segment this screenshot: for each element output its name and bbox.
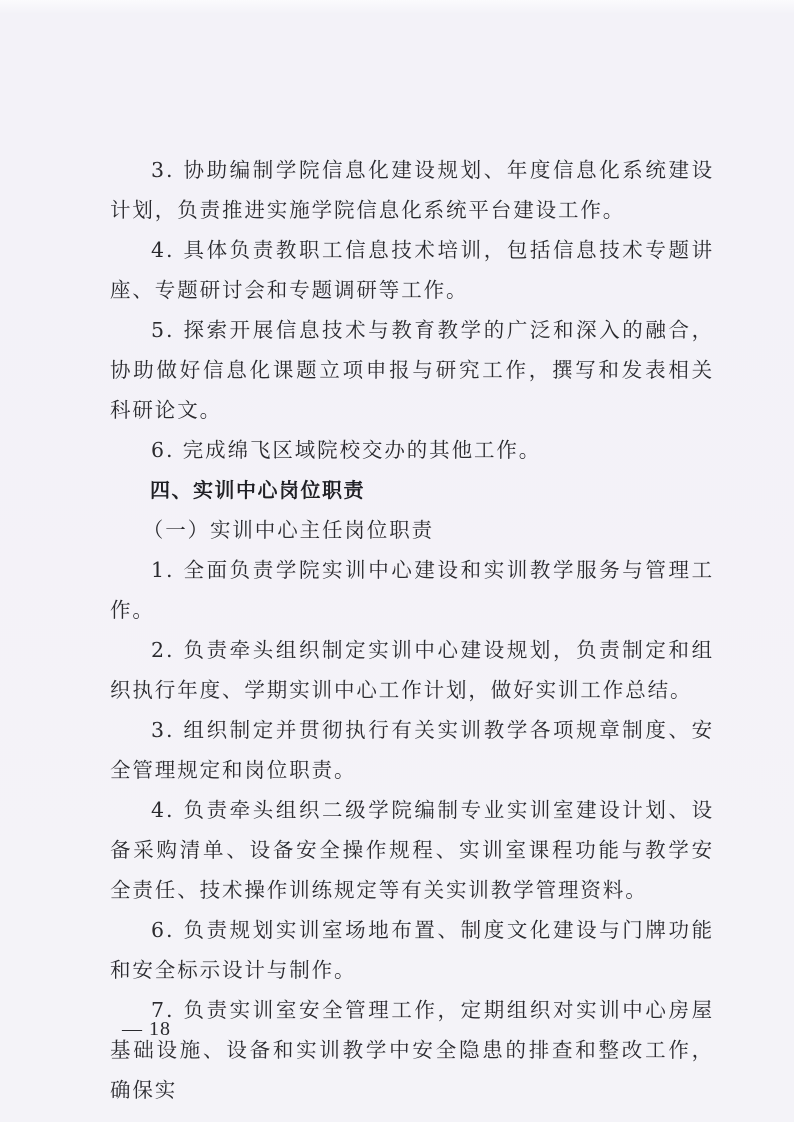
paragraph-item-6-other-work: 6. 完成绵飞区域院校交办的其他工作。 <box>110 430 714 470</box>
paragraph-duty-1: 1. 全面负责学院实训中心建设和实训教学服务与管理工作。 <box>110 550 714 630</box>
paragraph-item-3-it-planning: 3. 协助编制学院信息化建设规划、年度信息化系统建设计划，负责推进实施学院信息化… <box>110 150 714 230</box>
paragraph-item-5-it-integration: 5. 探索开展信息技术与教育教学的广泛和深入的融合，协助做好信息化课题立项申报与… <box>110 310 714 430</box>
paragraph-duty-4: 4. 负责牵头组织二级学院编制专业实训室建设计划、设备采购清单、设备安全操作规程… <box>110 790 714 910</box>
section-heading-training-center: 四、实训中心岗位职责 <box>110 470 714 510</box>
document-body: 3. 协助编制学院信息化建设规划、年度信息化系统建设计划，负责推进实施学院信息化… <box>110 150 714 1110</box>
page-number: — 18 <box>122 1018 171 1041</box>
paragraph-duty-3: 3. 组织制定并贯彻执行有关实训教学各项规章制度、安全管理规定和岗位职责。 <box>110 710 714 790</box>
paragraph-duty-6: 6. 负责规划实训室场地布置、制度文化建设与门牌功能和安全标示设计与制作。 <box>110 910 714 990</box>
paragraph-duty-7: 7. 负责实训室安全管理工作，定期组织对实训中心房屋基础设施、设备和实训教学中安… <box>110 990 714 1110</box>
subsection-heading-director-duties: （一）实训中心主任岗位职责 <box>110 510 714 550</box>
paragraph-item-4-it-training: 4. 具体负责教职工信息技术培训，包括信息技术专题讲座、专题研讨会和专题调研等工… <box>110 230 714 310</box>
paragraph-duty-2: 2. 负责牵头组织制定实训中心建设规划，负责制定和组织执行年度、学期实训中心工作… <box>110 630 714 710</box>
document-page: 3. 协助编制学院信息化建设规划、年度信息化系统建设计划，负责推进实施学院信息化… <box>0 0 794 1122</box>
